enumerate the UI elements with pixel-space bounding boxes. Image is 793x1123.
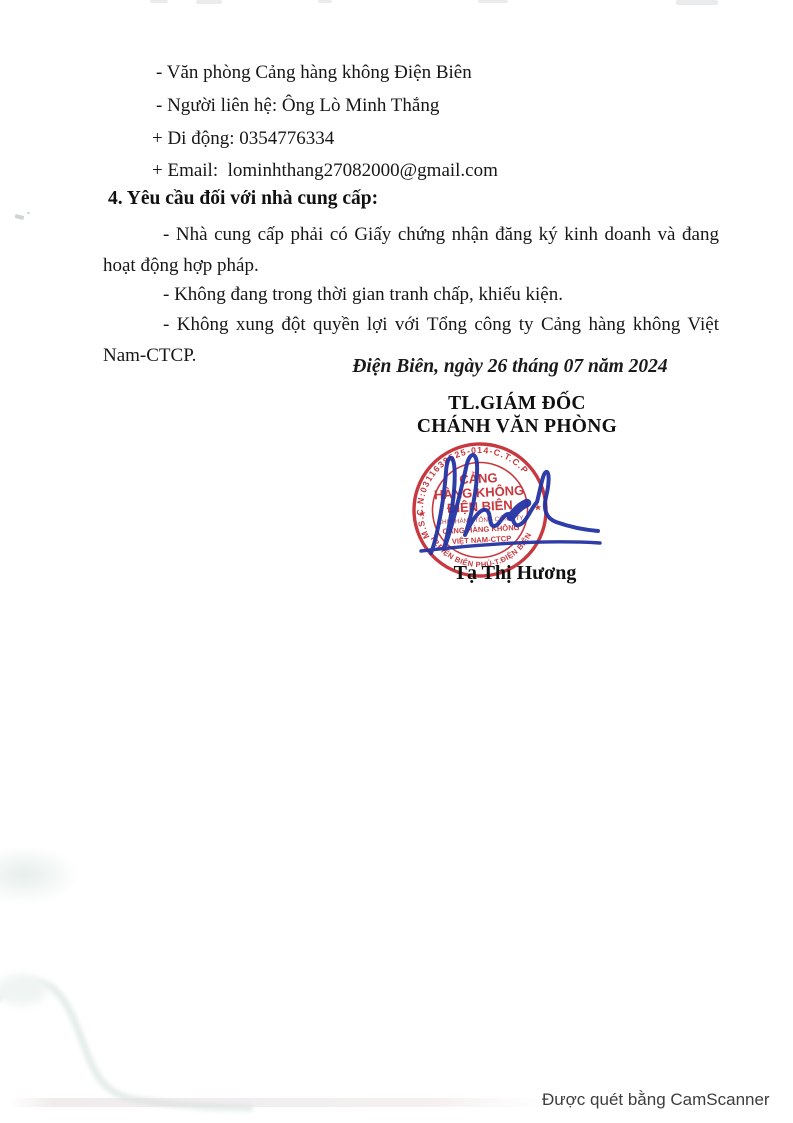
scan-smudge <box>150 0 168 3</box>
stamp-sub-line-3: VIỆT NAM-CTCP <box>452 534 512 546</box>
scan-shadow-blob <box>0 845 80 905</box>
contact-line-email: + Email: lominhthang27082000@gmail.com <box>152 159 498 183</box>
scan-streak <box>10 1098 540 1107</box>
stamp-star-right-icon: ★ <box>534 502 543 512</box>
signer-title-2: CHÁNH VĂN PHÒNG <box>392 416 642 438</box>
stamp-center-line-3: ĐIỆN BIÊN <box>447 497 513 515</box>
section-4-heading: 4. Yêu cầu đối với nhà cung cấp: <box>108 188 378 210</box>
contact-line-person: - Người liên hệ: Ông Lò Minh Thắng <box>156 94 439 118</box>
paragraph-line: - Không xung đột quyền lợi với Tổng công… <box>103 309 719 340</box>
camscanner-credit: Được quét bằng CamScanner <box>542 1090 770 1110</box>
signer-name: Tạ Thị Hương <box>415 562 615 585</box>
contact-line-office: - Văn phòng Cảng hàng không Điện Biên <box>156 61 472 85</box>
scan-smudge <box>196 0 222 4</box>
scan-smudge <box>318 0 332 3</box>
stamp-star-left-icon: ★ <box>418 508 427 518</box>
requirement-paragraph-1: - Nhà cung cấp phải có Giấy chứng nhận đ… <box>103 219 719 281</box>
scan-speck <box>27 212 30 214</box>
scanned-document-page: - Văn phòng Cảng hàng không Điện Biên - … <box>0 0 793 1123</box>
scan-smudge <box>676 0 718 5</box>
scan-smudge <box>478 0 508 3</box>
scan-speck <box>15 214 25 220</box>
requirement-paragraph-2: - Không đang trong thời gian tranh chấp,… <box>103 279 719 310</box>
paragraph-line: - Nhà cung cấp phải có Giấy chứng nhận đ… <box>103 219 719 250</box>
signer-title-1: TL.GIÁM ĐỐC <box>392 393 642 415</box>
paragraph-line: hoạt động hợp pháp. <box>103 250 719 281</box>
date-place-line: Điện Biên, ngày 26 tháng 07 năm 2024 <box>340 356 680 378</box>
contact-line-phone: + Di động: 0354776334 <box>152 127 334 151</box>
paragraph-line: - Không đang trong thời gian tranh chấp,… <box>103 279 719 310</box>
